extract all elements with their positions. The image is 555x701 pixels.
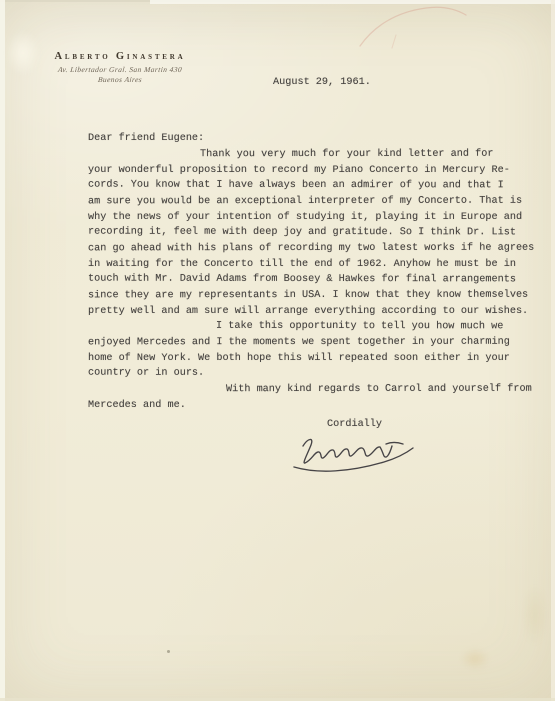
letterhead-name: Alberto Ginastera — [40, 51, 200, 62]
body-line: Thank you very much for your kind letter… — [88, 147, 550, 163]
body-line: I take this opportunity to tell you how … — [88, 319, 550, 335]
body-line: home of New York. We both hope this will… — [88, 351, 550, 367]
letterhead-address-line2: Buenos Aires — [39, 75, 200, 85]
closing: Cordially — [327, 419, 382, 430]
body-line: in waiting for the Concerto till the end… — [88, 257, 550, 273]
red-pencil-mark — [340, 2, 480, 52]
body-line: since they are my representants in USA. … — [88, 288, 550, 304]
letterhead-address-line1: Av. Libertador Gral. San Martin 430 — [39, 65, 200, 75]
paper-stain — [460, 648, 490, 670]
body-line: can go ahead with his plans of recording… — [88, 241, 550, 257]
salutation: Dear friend Eugene: — [88, 133, 204, 144]
body-line: am sure you would be an exceptional inte… — [88, 194, 550, 210]
body-line: your wonderful proposition to record my … — [88, 163, 550, 179]
body-line: touch with Mr. David Adams from Boosey &… — [88, 272, 550, 288]
paper-stain — [522, 585, 548, 645]
body-line: why the news of your intention of studyi… — [88, 210, 550, 226]
paper-speck — [167, 650, 170, 653]
paper-right-edge — [551, 0, 555, 701]
letterhead: Alberto Ginastera Av. Libertador Gral. S… — [40, 51, 200, 85]
body-line: With many kind regards to Carrol and you… — [88, 382, 550, 398]
body-line: pretty well and am sure will arrange eve… — [88, 304, 550, 320]
signature-autograph — [288, 433, 420, 477]
body-line: cords. You know that I have always been … — [88, 178, 550, 194]
body-line: Mercedes and me. — [88, 398, 550, 414]
letter-date: August 29, 1961. — [273, 77, 371, 88]
body-line: recording it, feel me with deep joy and … — [88, 225, 550, 241]
scanned-letter-page: Alberto Ginastera Av. Libertador Gral. S… — [0, 0, 555, 701]
letter-body: Thank you very much for your kind letter… — [88, 147, 550, 413]
paper-blotch — [6, 30, 40, 76]
paper-left-edge — [0, 0, 5, 701]
body-line: enjoyed Mercedes and I the moments we sp… — [88, 335, 550, 351]
body-line: country or in ours. — [88, 366, 550, 382]
